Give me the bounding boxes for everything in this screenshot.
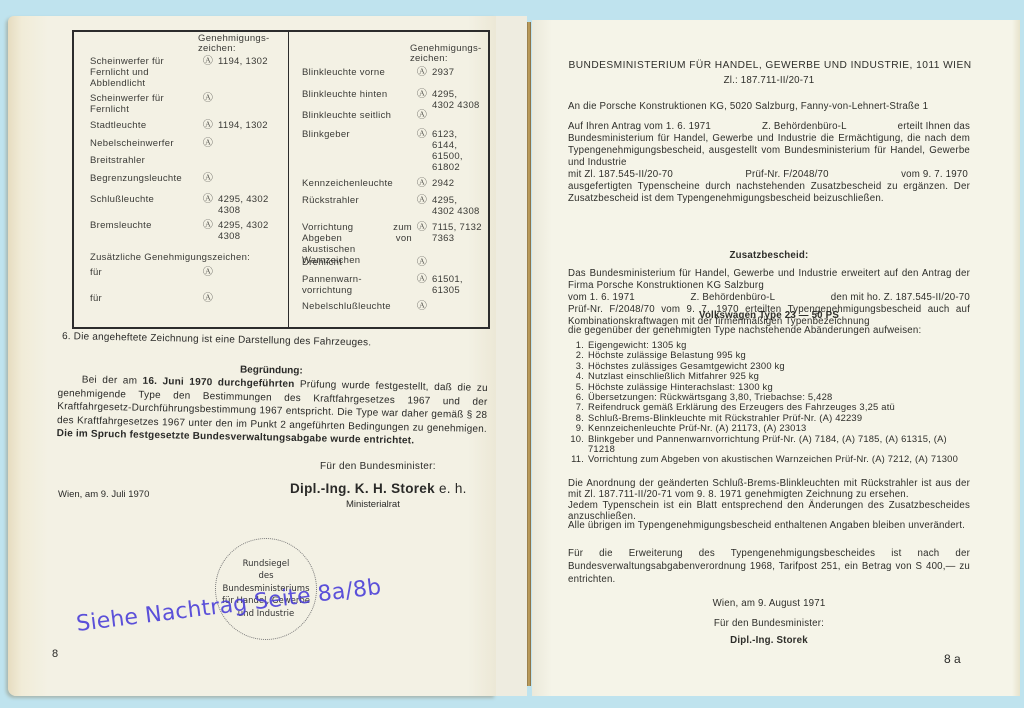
- table-row: Blinkgeber Ⓐ 6123, 6144, 61500, 61802: [302, 129, 482, 173]
- table-row: Blinkleuchte vorne Ⓐ 2937: [302, 67, 482, 78]
- approval-a-icon: Ⓐ: [412, 257, 432, 268]
- vehicle-type: Volkswagen Type 23 — 50 PS: [568, 310, 970, 322]
- begruendung-paragraph: Bei der am 16. Juni 1970 durchgeführten …: [57, 373, 488, 449]
- table-row: Breitstrahler: [90, 155, 284, 166]
- column-header: Genehmigungs- zeichen:: [198, 34, 270, 54]
- approval-a-icon: Ⓐ: [412, 301, 432, 312]
- table-row: Drehlicht Ⓐ: [302, 257, 482, 268]
- table-row: für Ⓐ: [90, 267, 284, 278]
- list-item: 11.Vorrichtung zum Abgeben von akustisch…: [566, 454, 970, 464]
- approval-a-icon: Ⓐ: [412, 274, 432, 296]
- approval-a-icon: Ⓐ: [198, 194, 218, 216]
- table-row: Rückstrahler Ⓐ 4295, 4302 4308: [302, 195, 482, 217]
- table-divider: [288, 32, 289, 327]
- table-row: Blinkleuchte seitlich Ⓐ: [302, 110, 482, 121]
- approval-a-icon: Ⓐ: [412, 89, 432, 111]
- issue-date: Wien, am 9. August 1971: [568, 598, 970, 610]
- table-row: Nebelschlußleuchte Ⓐ: [302, 301, 482, 312]
- authorization-paragraph: Auf Ihren Antrag vom 1. 6. 1971 Z. Behör…: [568, 121, 970, 205]
- approval-a-icon: Ⓐ: [412, 110, 432, 121]
- signature-for-label: Für den Bundesminister:: [568, 618, 970, 630]
- unchanged-paragraph: Alle übrigen im Typengenehmigungsbeschei…: [568, 520, 970, 532]
- table-row: Blinkleuchte hinten Ⓐ 4295, 4302 4308: [302, 89, 482, 111]
- list-item: 10.Blinkgeber und Pannenwarnvorrichtung …: [566, 434, 970, 455]
- table-row: Pannenwarn-vorrichtung Ⓐ 61501, 61305: [302, 274, 482, 296]
- approval-a-icon: Ⓐ: [198, 267, 218, 278]
- table-row: Begrenzungsleuchte Ⓐ: [90, 173, 284, 184]
- table-row: Schlußleuchte Ⓐ 4295, 4302 4308: [90, 194, 284, 216]
- changes-intro: die gegenüber der genehmigten Type nachs…: [568, 325, 970, 337]
- approval-a-icon: Ⓐ: [198, 138, 218, 149]
- approval-a-icon: Ⓐ: [412, 178, 432, 189]
- table-row: Scheinwerfer für Fernlicht und Abblendli…: [90, 56, 284, 89]
- typenschein-paragraph: Jedem Typenschein ist ein Blatt entsprec…: [568, 500, 970, 522]
- page-number: 8 a: [944, 652, 961, 666]
- signature-for-label: Für den Bundesminister:: [320, 461, 436, 472]
- table-row: Scheinwerfer für Fernlicht Ⓐ: [90, 93, 284, 115]
- approval-a-icon: Ⓐ: [198, 93, 218, 115]
- approval-a-icon: Ⓐ: [412, 129, 432, 173]
- zusatzbescheid-heading: Zusatzbescheid:: [568, 250, 970, 262]
- approval-a-icon: Ⓐ: [198, 120, 218, 131]
- approval-a-icon: Ⓐ: [198, 173, 218, 184]
- table-row: Bremsleuchte Ⓐ 4295, 4302 4308: [90, 220, 284, 242]
- table-row: für Ⓐ: [90, 293, 284, 304]
- begruendung-heading: Begründung:: [240, 364, 303, 376]
- reference-number: Zl.: 187.711-II/20-71: [568, 75, 970, 87]
- signature-title: Ministerialrat: [346, 499, 400, 510]
- book-spine: [527, 22, 531, 686]
- changes-list: 1.Eigengewicht: 1305 kg 2.Höchste zuläss…: [566, 340, 970, 465]
- approval-a-icon: Ⓐ: [198, 293, 218, 304]
- approval-a-icon: Ⓐ: [198, 56, 218, 89]
- approval-a-icon: Ⓐ: [412, 195, 432, 217]
- approval-a-icon: Ⓐ: [198, 220, 218, 242]
- signature-name: Dipl.-Ing. Storek: [568, 635, 970, 647]
- approval-a-icon: Ⓐ: [412, 67, 432, 78]
- approval-marks-table: Genehmigungs- zeichen: Scheinwerfer für …: [72, 30, 490, 329]
- column-header: Genehmigungs- zeichen:: [410, 44, 482, 64]
- issue-date: Wien, am 9. Juli 1970: [58, 489, 149, 500]
- drawing-paragraph: Die Anordnung der geänderten Schluß-Brem…: [568, 478, 970, 500]
- table-row: Stadtleuchte Ⓐ 1194, 1302: [90, 120, 284, 131]
- fee-paragraph: Für die Erweiterung des Typengenehmigung…: [568, 547, 970, 586]
- gutter: [496, 16, 527, 696]
- additional-marks-title: Zusätzliche Genehmigungszeichen:: [90, 252, 290, 263]
- ministry-header: BUNDESMINISTERIUM FÜR HANDEL, GEWERBE UN…: [568, 60, 972, 72]
- page-number: 8: [52, 648, 58, 660]
- table-row: Kennzeichenleuchte Ⓐ 2942: [302, 178, 482, 189]
- signature-name: Dipl.-Ing. K. H. Storek e. h.: [290, 481, 467, 496]
- recipient-address: An die Porsche Konstruktionen KG, 5020 S…: [568, 101, 970, 113]
- table-row: Nebelscheinwerfer Ⓐ: [90, 138, 284, 149]
